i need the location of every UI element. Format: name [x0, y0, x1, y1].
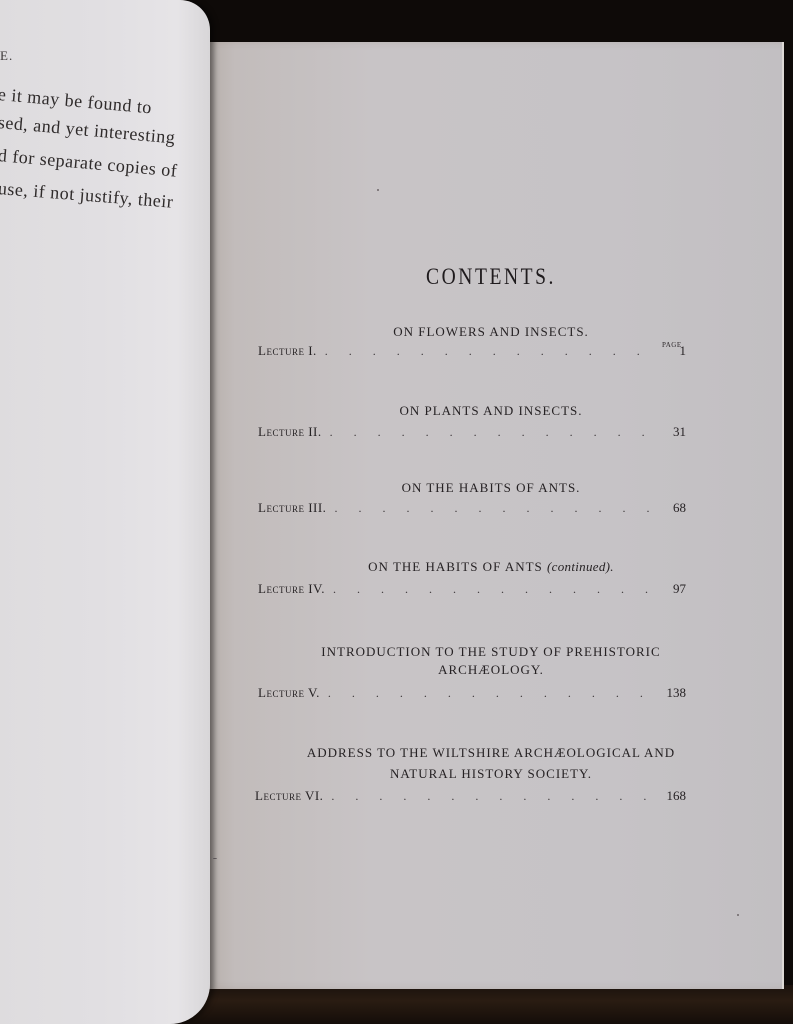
paper-speck [737, 914, 739, 916]
entry-page-number: 31 [666, 424, 686, 440]
entry-label: Lecture I. [258, 343, 317, 359]
body-line-3: d for separate copies of [0, 145, 178, 182]
dot-leader: . . . . . . . . . . . . . . . . . . . . … [330, 425, 658, 440]
entry-title-6: ADDRESS TO THE WILTSHIRE ARCHÆOLOGICAL A… [200, 744, 782, 783]
toc-entry-6[interactable]: Lecture VI. . . . . . . . . . . . . . . … [255, 788, 686, 804]
entry-page-number: 168 [666, 788, 686, 804]
body-line-4: use, if not justify, their [0, 178, 174, 213]
dot-leader: . . . . . . . . . . . . . . . . . . . . … [331, 789, 658, 804]
dot-leader: . . . . . . . . . . . . . . . . . . . . … [334, 501, 658, 516]
entry-label: Lecture II. [258, 424, 322, 440]
entry-page-number: 97 [666, 581, 686, 597]
contents-title: CONTENTS. [244, 264, 739, 290]
entry-label: Lecture V. [258, 685, 320, 701]
entry-title-4: ON THE HABITS OF ANTS (continued). [200, 558, 782, 576]
entry-page-number: 1 [666, 343, 686, 359]
entry-page-number: 138 [666, 685, 686, 701]
entry-title-2: ON PLANTS AND INSECTS. [200, 402, 782, 420]
paper-speck [213, 858, 217, 859]
entry-label: Lecture VI. [255, 788, 323, 804]
entry-label: Lecture IV. [258, 581, 325, 597]
dot-leader: . . . . . . . . . . . . . . . . . . . . … [333, 582, 658, 597]
dot-leader: . . . . . . . . . . . . . . . . . . . . … [325, 344, 658, 359]
toc-entry-5[interactable]: Lecture V. . . . . . . . . . . . . . . .… [258, 685, 686, 701]
left-page: E. e it may be found to sed, and yet int… [0, 0, 210, 1024]
toc-entry-2[interactable]: Lecture II. . . . . . . . . . . . . . . … [258, 424, 686, 440]
entry-label: Lecture III. [258, 500, 326, 516]
entry-title-5: INTRODUCTION TO THE STUDY OF PREHISTORIC… [200, 643, 782, 679]
running-header: E. [0, 48, 13, 64]
paper-speck [377, 189, 379, 191]
entry-page-number: 68 [666, 500, 686, 516]
entry-title-1: ON FLOWERS AND INSECTS. [200, 323, 782, 341]
toc-entry-4[interactable]: Lecture IV. . . . . . . . . . . . . . . … [258, 581, 686, 597]
entry-title-3: ON THE HABITS OF ANTS. [200, 479, 782, 497]
dot-leader: . . . . . . . . . . . . . . . . . . . . … [328, 686, 658, 701]
entry-title-italic: (continued). [547, 559, 614, 574]
toc-entry-1[interactable]: Lecture I. . . . . . . . . . . . . . . .… [258, 343, 686, 359]
toc-entry-3[interactable]: Lecture III. . . . . . . . . . . . . . .… [258, 500, 686, 516]
